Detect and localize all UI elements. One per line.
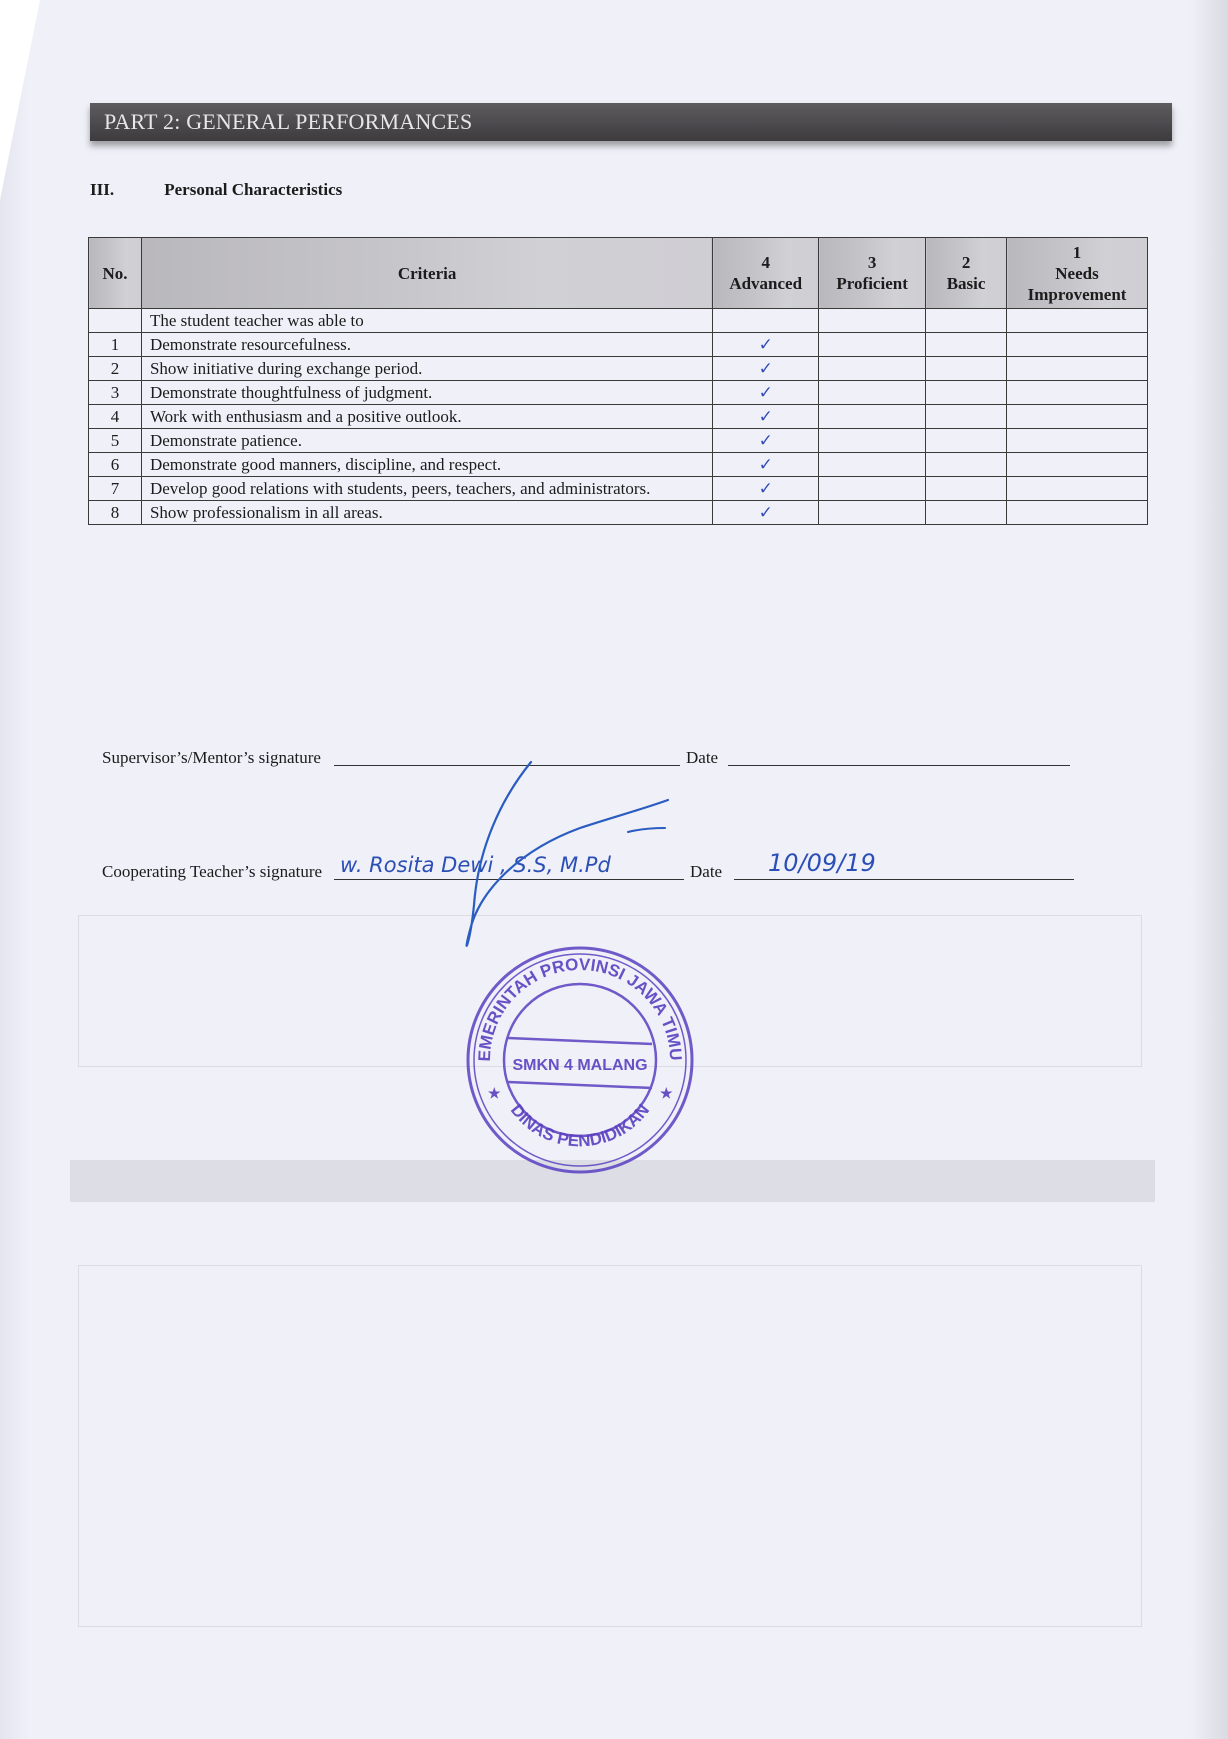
- check-mark-icon: ✓: [759, 407, 773, 427]
- row-criteria: Show professionalism in all areas.: [141, 501, 712, 525]
- supervisor-date-label: Date: [686, 748, 718, 768]
- rating-cell-advanced[interactable]: ✓: [713, 501, 819, 525]
- cooperating-signature-field[interactable]: w. Rosita Dewi , S.S, M.Pd: [334, 855, 684, 880]
- supervisor-signature-field[interactable]: [334, 741, 680, 766]
- stamp-outer-bottom: DINAS PENDIDIKAN: [507, 1101, 653, 1151]
- rating-cell-needs-improvement[interactable]: [1007, 501, 1148, 525]
- row-number: 1: [89, 333, 142, 357]
- row-criteria: Demonstrate thoughtfulness of judgment.: [141, 381, 712, 405]
- rating-cell-advanced[interactable]: ✓: [713, 357, 819, 381]
- table-row: 5Demonstrate patience.✓: [89, 429, 1148, 453]
- section-heading: III. Personal Characteristics: [90, 180, 342, 200]
- row-number: 2: [89, 357, 142, 381]
- rating-cell-basic[interactable]: [926, 405, 1007, 429]
- cooperating-date-value: 10/09/19: [768, 849, 876, 877]
- row-number: 7: [89, 477, 142, 501]
- col-header-needs-improvement: 1Needs Improvement: [1007, 238, 1148, 309]
- rating-cell-basic[interactable]: [926, 429, 1007, 453]
- check-mark-icon: ✓: [759, 431, 773, 451]
- rating-cell-advanced[interactable]: ✓: [713, 333, 819, 357]
- rating-cell-needs-improvement[interactable]: [1007, 453, 1148, 477]
- rating-cell-needs-improvement[interactable]: [1007, 357, 1148, 381]
- part-title: PART 2: GENERAL PERFORMANCES: [104, 109, 472, 135]
- rating-cell-proficient[interactable]: [819, 405, 926, 429]
- row-criteria: Show initiative during exchange period.: [141, 357, 712, 381]
- table-row: 8Show professionalism in all areas.✓: [89, 501, 1148, 525]
- rating-cell-proficient[interactable]: [819, 333, 926, 357]
- cooperating-date-field[interactable]: 10/09/19: [734, 855, 1074, 880]
- row-criteria: Develop good relations with students, pe…: [141, 477, 712, 501]
- table-intro-row: The student teacher was able to: [89, 309, 1148, 333]
- part-header-bar: PART 2: GENERAL PERFORMANCES: [90, 103, 1172, 141]
- table-row: 3Demonstrate thoughtfulness of judgment.…: [89, 381, 1148, 405]
- section-title: Personal Characteristics: [164, 180, 342, 199]
- rating-cell-needs-improvement[interactable]: [1007, 477, 1148, 501]
- row-criteria: Demonstrate patience.: [141, 429, 712, 453]
- row-number: 6: [89, 453, 142, 477]
- section-number: III.: [90, 180, 160, 200]
- rating-cell-basic[interactable]: [926, 501, 1007, 525]
- rating-cell-proficient[interactable]: [819, 477, 926, 501]
- paper-corner: [0, 0, 40, 200]
- table-row: 6Demonstrate good manners, discipline, a…: [89, 453, 1148, 477]
- table-row: 1Demonstrate resourcefulness.✓: [89, 333, 1148, 357]
- cooperating-date-label: Date: [690, 862, 722, 882]
- check-mark-icon: ✓: [759, 383, 773, 403]
- intro-text: The student teacher was able to: [141, 309, 712, 333]
- check-mark-icon: ✓: [759, 479, 773, 499]
- col-header-proficient: 3Proficient: [819, 238, 926, 309]
- table-row: 7Develop good relations with students, p…: [89, 477, 1148, 501]
- row-number: 8: [89, 501, 142, 525]
- svg-text:DINAS PENDIDIKAN: DINAS PENDIDIKAN: [507, 1101, 653, 1151]
- stamp-center-text: SMKN 4 MALANG: [512, 1057, 647, 1074]
- col-header-advanced: 4Advanced: [713, 238, 819, 309]
- rating-cell-advanced[interactable]: ✓: [713, 477, 819, 501]
- rating-cell-proficient[interactable]: [819, 381, 926, 405]
- check-mark-icon: ✓: [759, 359, 773, 379]
- check-mark-icon: ✓: [759, 503, 773, 523]
- rating-cell-basic[interactable]: [926, 453, 1007, 477]
- row-number: 4: [89, 405, 142, 429]
- rating-cell-advanced[interactable]: ✓: [713, 381, 819, 405]
- rating-cell-proficient[interactable]: [819, 453, 926, 477]
- supervisor-signature-label: Supervisor’s/Mentor’s signature: [102, 748, 321, 768]
- col-header-criteria: Criteria: [141, 238, 712, 309]
- rating-cell-needs-improvement[interactable]: [1007, 405, 1148, 429]
- col-header-no: No.: [89, 238, 142, 309]
- rating-cell-proficient[interactable]: [819, 357, 926, 381]
- criteria-table: No. Criteria 4Advanced 3Proficient 2Basi…: [88, 237, 1148, 525]
- row-criteria: Demonstrate good manners, discipline, an…: [141, 453, 712, 477]
- rating-cell-needs-improvement[interactable]: [1007, 333, 1148, 357]
- table-header-row: No. Criteria 4Advanced 3Proficient 2Basi…: [89, 238, 1148, 309]
- cooperating-signature-name: w. Rosita Dewi , S.S, M.Pd: [340, 853, 611, 877]
- rating-cell-proficient[interactable]: [819, 501, 926, 525]
- rating-cell-basic[interactable]: [926, 357, 1007, 381]
- table-row: 2Show initiative during exchange period.…: [89, 357, 1148, 381]
- cooperating-signature-row: Cooperating Teacher’s signature w. Rosit…: [102, 848, 1132, 882]
- rating-cell-basic[interactable]: [926, 333, 1007, 357]
- rating-cell-advanced[interactable]: ✓: [713, 453, 819, 477]
- row-criteria: Demonstrate resourcefulness.: [141, 333, 712, 357]
- supervisor-date-field[interactable]: [728, 741, 1070, 766]
- official-stamp: PEMERINTAH PROVINSI JAWA TIMUR DINAS PEN…: [460, 940, 700, 1180]
- rating-cell-basic[interactable]: [926, 477, 1007, 501]
- row-criteria: Work with enthusiasm and a positive outl…: [141, 405, 712, 429]
- bleed-through-table: [78, 1265, 1142, 1627]
- rating-cell-proficient[interactable]: [819, 429, 926, 453]
- cooperating-signature-label: Cooperating Teacher’s signature: [102, 862, 322, 882]
- col-header-basic: 2Basic: [926, 238, 1007, 309]
- check-mark-icon: ✓: [759, 455, 773, 475]
- stamp-star-right: ★: [660, 1085, 673, 1101]
- table-row: 4Work with enthusiasm and a positive out…: [89, 405, 1148, 429]
- stamp-star-left: ★: [488, 1085, 501, 1101]
- row-number: 5: [89, 429, 142, 453]
- rating-cell-advanced[interactable]: ✓: [713, 405, 819, 429]
- rating-cell-needs-improvement[interactable]: [1007, 429, 1148, 453]
- rating-cell-basic[interactable]: [926, 381, 1007, 405]
- rating-cell-advanced[interactable]: ✓: [713, 429, 819, 453]
- supervisor-signature-row: Supervisor’s/Mentor’s signature Date: [102, 738, 1132, 768]
- row-number: 3: [89, 381, 142, 405]
- check-mark-icon: ✓: [759, 335, 773, 355]
- rating-cell-needs-improvement[interactable]: [1007, 381, 1148, 405]
